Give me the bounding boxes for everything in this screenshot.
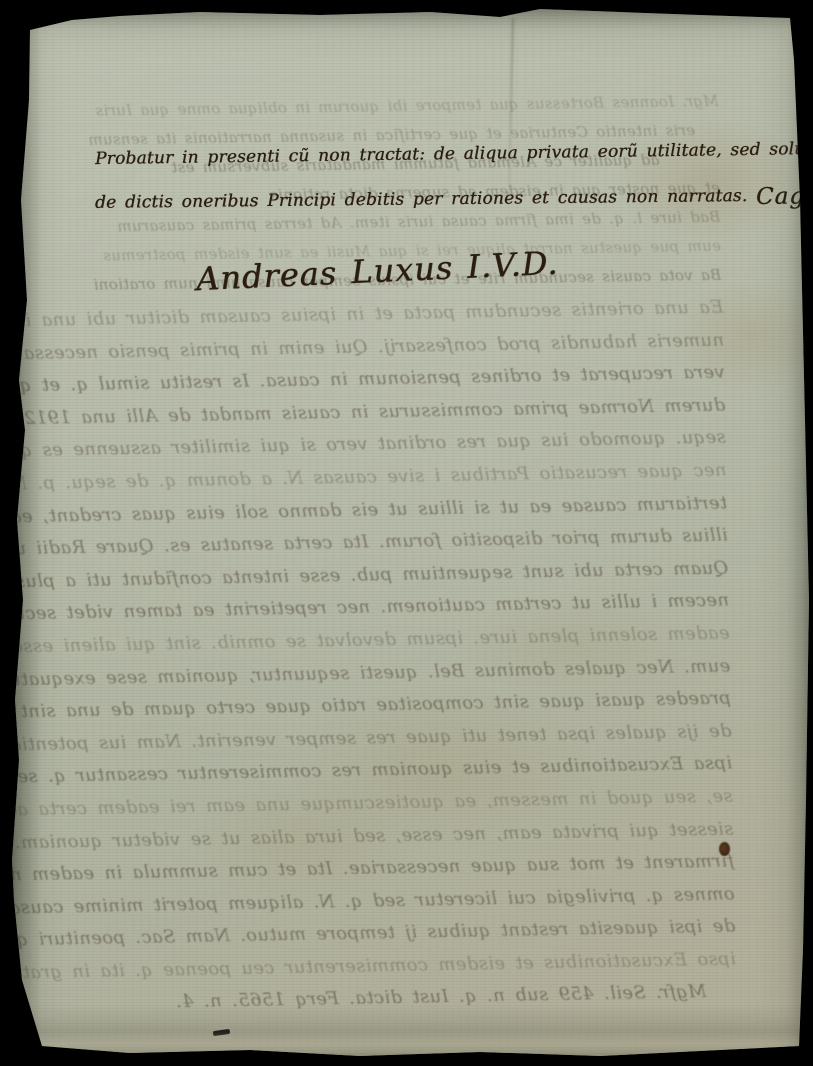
heading-flourish: Cagſtı <box>756 183 813 210</box>
manuscript-page: Mgr. Ioannes Bortessus qua tempore ibi q… <box>12 6 810 1056</box>
bleedthrough-text-body: Ea una orientis secundum pacta et in ips… <box>43 292 737 1022</box>
ink-blot <box>719 842 730 856</box>
ink-mark <box>213 1029 231 1036</box>
photograph-background: { "window": { "description": "Scanned pa… <box>0 0 813 1066</box>
heading-line-2-text: de dictis oneribus Principi debitis per … <box>95 186 748 213</box>
